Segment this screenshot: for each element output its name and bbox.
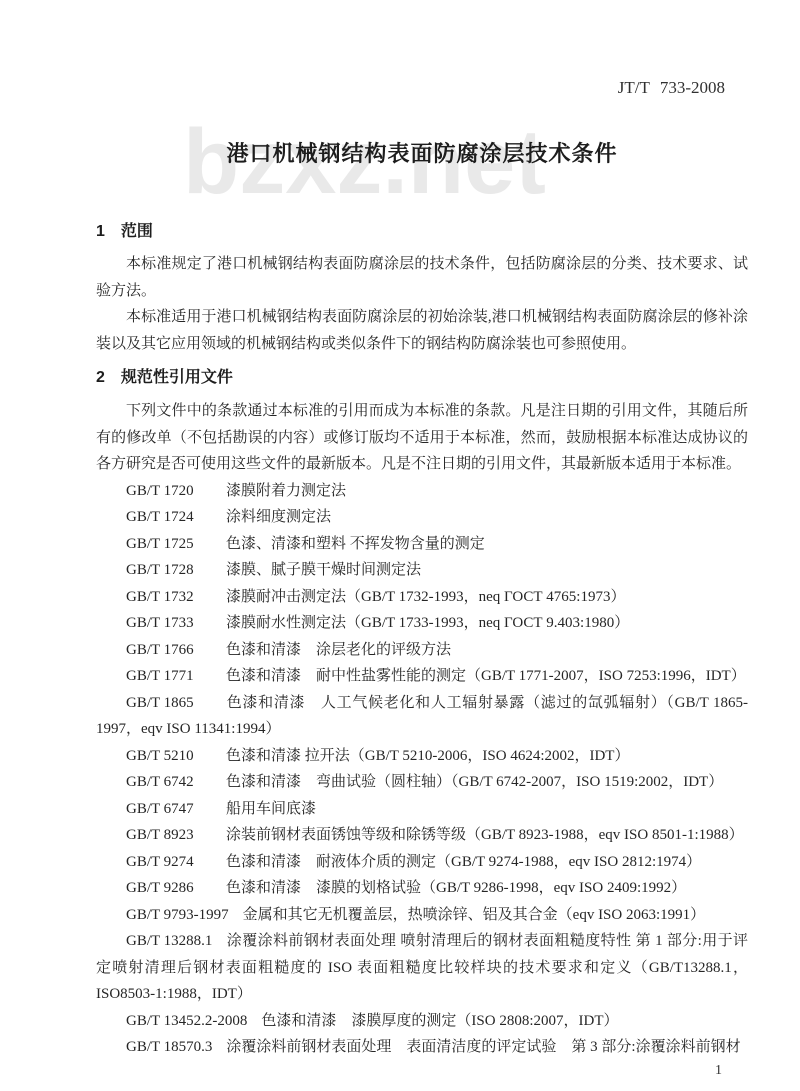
reference-code: GB/T 1728 <box>126 557 226 584</box>
reference-description: 色漆和清漆 耐液体介质的测定（GB/T 9274-1988，eqv ISO 28… <box>226 854 701 870</box>
reference-code: GB/T 1865 <box>126 690 226 717</box>
section-2-body: 下列文件中的条款通过本标准的引用而成为本标准的条款。凡是注日期的引用文件，其随后… <box>96 398 748 1061</box>
reference-item: GB/T 1720漆膜附着力测定法 <box>96 478 748 505</box>
reference-item: GB/T 1725色漆、清漆和塑料 不挥发物含量的测定 <box>96 531 748 558</box>
reference-description: 漆膜耐水性测定法（GB/T 1733-1993，neq ГОСТ 9.403:1… <box>226 615 629 631</box>
reference-code: GB/T 1732 <box>126 584 226 611</box>
paragraph: 本标准规定了港口机械钢结构表面防腐涂层的技术条件，包括防腐涂层的分类、技术要求、… <box>96 251 748 304</box>
reference-item: GB/T 1733漆膜耐水性测定法（GB/T 1733-1993，neq ГОС… <box>96 610 748 637</box>
reference-code: GB/T 1724 <box>126 504 226 531</box>
reference-code: GB/T 1733 <box>126 610 226 637</box>
reference-item: GB/T 9286色漆和清漆 漆膜的划格试验（GB/T 9286-1998，eq… <box>96 875 748 902</box>
reference-description: 色漆和清漆 涂层老化的评级方法 <box>226 642 451 658</box>
reference-item: GB/T 1771色漆和清漆 耐中性盐雾性能的测定（GB/T 1771-2007… <box>96 663 748 690</box>
reference-description: 漆膜附着力测定法 <box>226 483 346 499</box>
reference-description: 金属和其它无机覆盖层，热喷涂锌、铝及其合金（eqv ISO 2063:1991） <box>243 907 706 923</box>
reference-code: GB/T 1766 <box>126 637 226 664</box>
reference-item: GB/T 1732漆膜耐冲击测定法（GB/T 1732-1993，neq ГОС… <box>96 584 748 611</box>
reference-code: GB/T 6742 <box>126 769 226 796</box>
reference-code: GB/T 8923 <box>126 822 226 849</box>
reference-item: GB/T 6742色漆和清漆 弯曲试验（圆柱轴）（GB/T 6742-2007，… <box>96 769 748 796</box>
intro-paragraph: 下列文件中的条款通过本标准的引用而成为本标准的条款。凡是注日期的引用文件，其随后… <box>96 398 748 478</box>
reference-description: 船用车间底漆 <box>226 801 316 817</box>
reference-item: GB/T 1865色漆和清漆 人工气候老化和人工辐射暴露（滤过的氙弧辐射）（GB… <box>96 690 748 743</box>
reference-code: GB/T 6747 <box>126 796 226 823</box>
section-1-number: 1 <box>96 223 105 240</box>
reference-code: GB/T 5210 <box>126 743 226 770</box>
reference-description: 色漆和清漆 耐中性盐雾性能的测定（GB/T 1771-2007，ISO 7253… <box>226 668 746 684</box>
reference-code: GB/T 1771 <box>126 663 226 690</box>
reference-code: GB/T 9286 <box>126 875 226 902</box>
paragraph: 本标准适用于港口机械钢结构表面防腐涂层的初始涂装,港口机械钢结构表面防腐涂层的修… <box>96 304 748 357</box>
standard-code: JT/T 733-2008 <box>96 0 725 98</box>
reference-item: GB/T 1724涂料细度测定法 <box>96 504 748 531</box>
document-page: JT/T 733-2008 港口机械钢结构表面防腐涂层技术条件 1范围 本标准规… <box>0 0 800 1081</box>
section-1-heading: 1范围 <box>96 221 748 243</box>
reference-item: GB/T 9274色漆和清漆 耐液体介质的测定（GB/T 9274-1988，e… <box>96 849 748 876</box>
section-1-body: 本标准规定了港口机械钢结构表面防腐涂层的技术条件，包括防腐涂层的分类、技术要求、… <box>96 251 748 357</box>
reference-item: GB/T 1728漆膜、腻子膜干燥时间测定法 <box>96 557 748 584</box>
reference-item: GB/T 5210色漆和清漆 拉开法（GB/T 5210-2006，ISO 46… <box>96 743 748 770</box>
reference-item: GB/T 8923涂装前钢材表面锈蚀等级和除锈等级（GB/T 8923-1988… <box>96 822 748 849</box>
section-1-title: 范围 <box>121 223 153 240</box>
reference-item: GB/T 6747船用车间底漆 <box>96 796 748 823</box>
reference-description: 色漆和清漆 漆膜的划格试验（GB/T 9286-1998，eqv ISO 240… <box>226 880 686 896</box>
reference-description: 涂料细度测定法 <box>226 509 331 525</box>
reference-item: GB/T 18570.3涂覆涂料前钢材表面处理 表面清洁度的评定试验 第 3 部… <box>96 1034 748 1061</box>
reference-description: 色漆和清漆 弯曲试验（圆柱轴）（GB/T 6742-2007，ISO 1519:… <box>226 774 723 790</box>
reference-description: 色漆和清漆 拉开法（GB/T 5210-2006，ISO 4624:2002，I… <box>226 748 629 764</box>
reference-code: GB/T 13288.1 <box>126 928 226 955</box>
reference-code: GB/T 1720 <box>126 478 226 505</box>
reference-code: GB/T 9793-1997 <box>126 902 243 929</box>
reference-code: GB/T 9274 <box>126 849 226 876</box>
reference-description: 涂装前钢材表面锈蚀等级和除锈等级（GB/T 8923-1988，eqv ISO … <box>226 827 744 843</box>
reference-item: GB/T 13288.1涂覆涂料前钢材表面处理 喷射清理后的钢材表面粗糙度特性 … <box>96 928 748 1008</box>
reference-code: GB/T 1725 <box>126 531 226 558</box>
section-2-number: 2 <box>96 369 105 386</box>
reference-description: 漆膜耐冲击测定法（GB/T 1732-1993，neq ГОСТ 4765:19… <box>226 589 625 605</box>
reference-description: 漆膜、腻子膜干燥时间测定法 <box>226 562 421 578</box>
page-number: 1 <box>96 1061 722 1081</box>
reference-code: GB/T 18570.3 <box>126 1034 226 1061</box>
reference-code: GB/T 13452.2-2008 <box>126 1008 261 1035</box>
reference-description: 色漆、清漆和塑料 不挥发物含量的测定 <box>226 536 485 552</box>
reference-item: GB/T 13452.2-2008色漆和清漆 漆膜厚度的测定（ISO 2808:… <box>96 1008 748 1035</box>
section-2-heading: 2规范性引用文件 <box>96 367 748 389</box>
section-2-title: 规范性引用文件 <box>121 369 233 386</box>
reference-description: 色漆和清漆 漆膜厚度的测定（ISO 2808:2007，IDT） <box>261 1013 618 1029</box>
reference-item: GB/T 1766色漆和清漆 涂层老化的评级方法 <box>96 637 748 664</box>
document-title: 港口机械钢结构表面防腐涂层技术条件 <box>96 138 748 169</box>
reference-item: GB/T 9793-1997金属和其它无机覆盖层，热喷涂锌、铝及其合金（eqv … <box>96 902 748 929</box>
reference-description: 涂覆涂料前钢材表面处理 表面清洁度的评定试验 第 3 部分:涂覆涂料前钢材 <box>226 1039 740 1055</box>
